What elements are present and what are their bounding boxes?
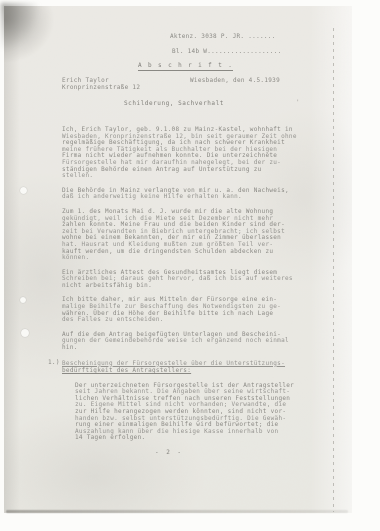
copy-label-abschrift: A b s c h r i f t . (138, 62, 233, 71)
paragraphs-container: Ich, Erich Taylor, geb. 9.1.08 zu Mainz-… (62, 127, 292, 442)
text-line: des Falles zu entscheiden. (62, 317, 292, 324)
text-line: stellen. (62, 173, 292, 180)
text-line: daß ich anderweitig keine Hilfe erhalten… (62, 194, 292, 201)
paragraph: Ein ärztliches Attest des Gesundheitsamt… (62, 270, 292, 290)
section-number: 1.) (48, 360, 60, 367)
text-line: kauft werden, um die dringendsten Schuld… (62, 249, 292, 256)
sender-name: Erich Taylor (62, 77, 109, 84)
sender-street: Kronprinzenstraße 12 (62, 84, 140, 91)
file-reference-line-2: Bl. 14b W................... (172, 48, 282, 55)
paragraph: Die Behörde in Mainz verlangte von mir u… (62, 188, 292, 201)
text-line: nicht arbeitsfähig bin. (62, 283, 292, 290)
document-title: Schilderung, Sachverhalt (124, 100, 224, 107)
text-line: bedürftigkeit des Antragstellers: (62, 367, 292, 375)
text-line: gungen der Gemeindebehörde weise ich erg… (62, 338, 292, 345)
paragraph: Auf die dem Antrag beigefügten Unterlage… (62, 332, 292, 352)
paragraph: Ich, Erich Taylor, geb. 9.1.08 zu Mainz-… (62, 127, 292, 180)
text-line: Bescheinigung der Fürsorgestelle über di… (62, 360, 292, 368)
dateline: Wiesbaden, den 4.5.1939 (190, 77, 280, 84)
file-reference-line-1: Aktenz. 3038 P. JR. ....... (170, 33, 276, 40)
paragraph: Ich bitte daher, mir aus Mitteln der Für… (62, 297, 292, 323)
letter-body: Ich, Erich Taylor, geb. 9.1.08 zu Mainz-… (62, 127, 292, 457)
section-heading: 1.)Bescheinigung der Fürsorgestelle über… (62, 360, 292, 375)
text-line: können. (62, 255, 292, 262)
page-number-marker: - 2 - (54, 450, 284, 457)
paragraph: Zum 1. des Monats Mai d. J. wurde mir di… (62, 209, 292, 262)
text-line: ständigen Behörde einen Antrag auf Unter… (62, 167, 292, 174)
paragraph: Der unterzeichneten Fürsorgestelle ist d… (62, 383, 292, 442)
stray-mark: ' (296, 99, 300, 106)
scanned-page: Aktenz. 3038 P. JR. ....... Bl. 14b W...… (4, 6, 352, 513)
text-line: hin. (62, 345, 292, 352)
typewritten-text-layer: Aktenz. 3038 P. JR. ....... Bl. 14b W...… (4, 6, 352, 513)
text-line: 14 Tagen erfolgen. (75, 435, 292, 442)
